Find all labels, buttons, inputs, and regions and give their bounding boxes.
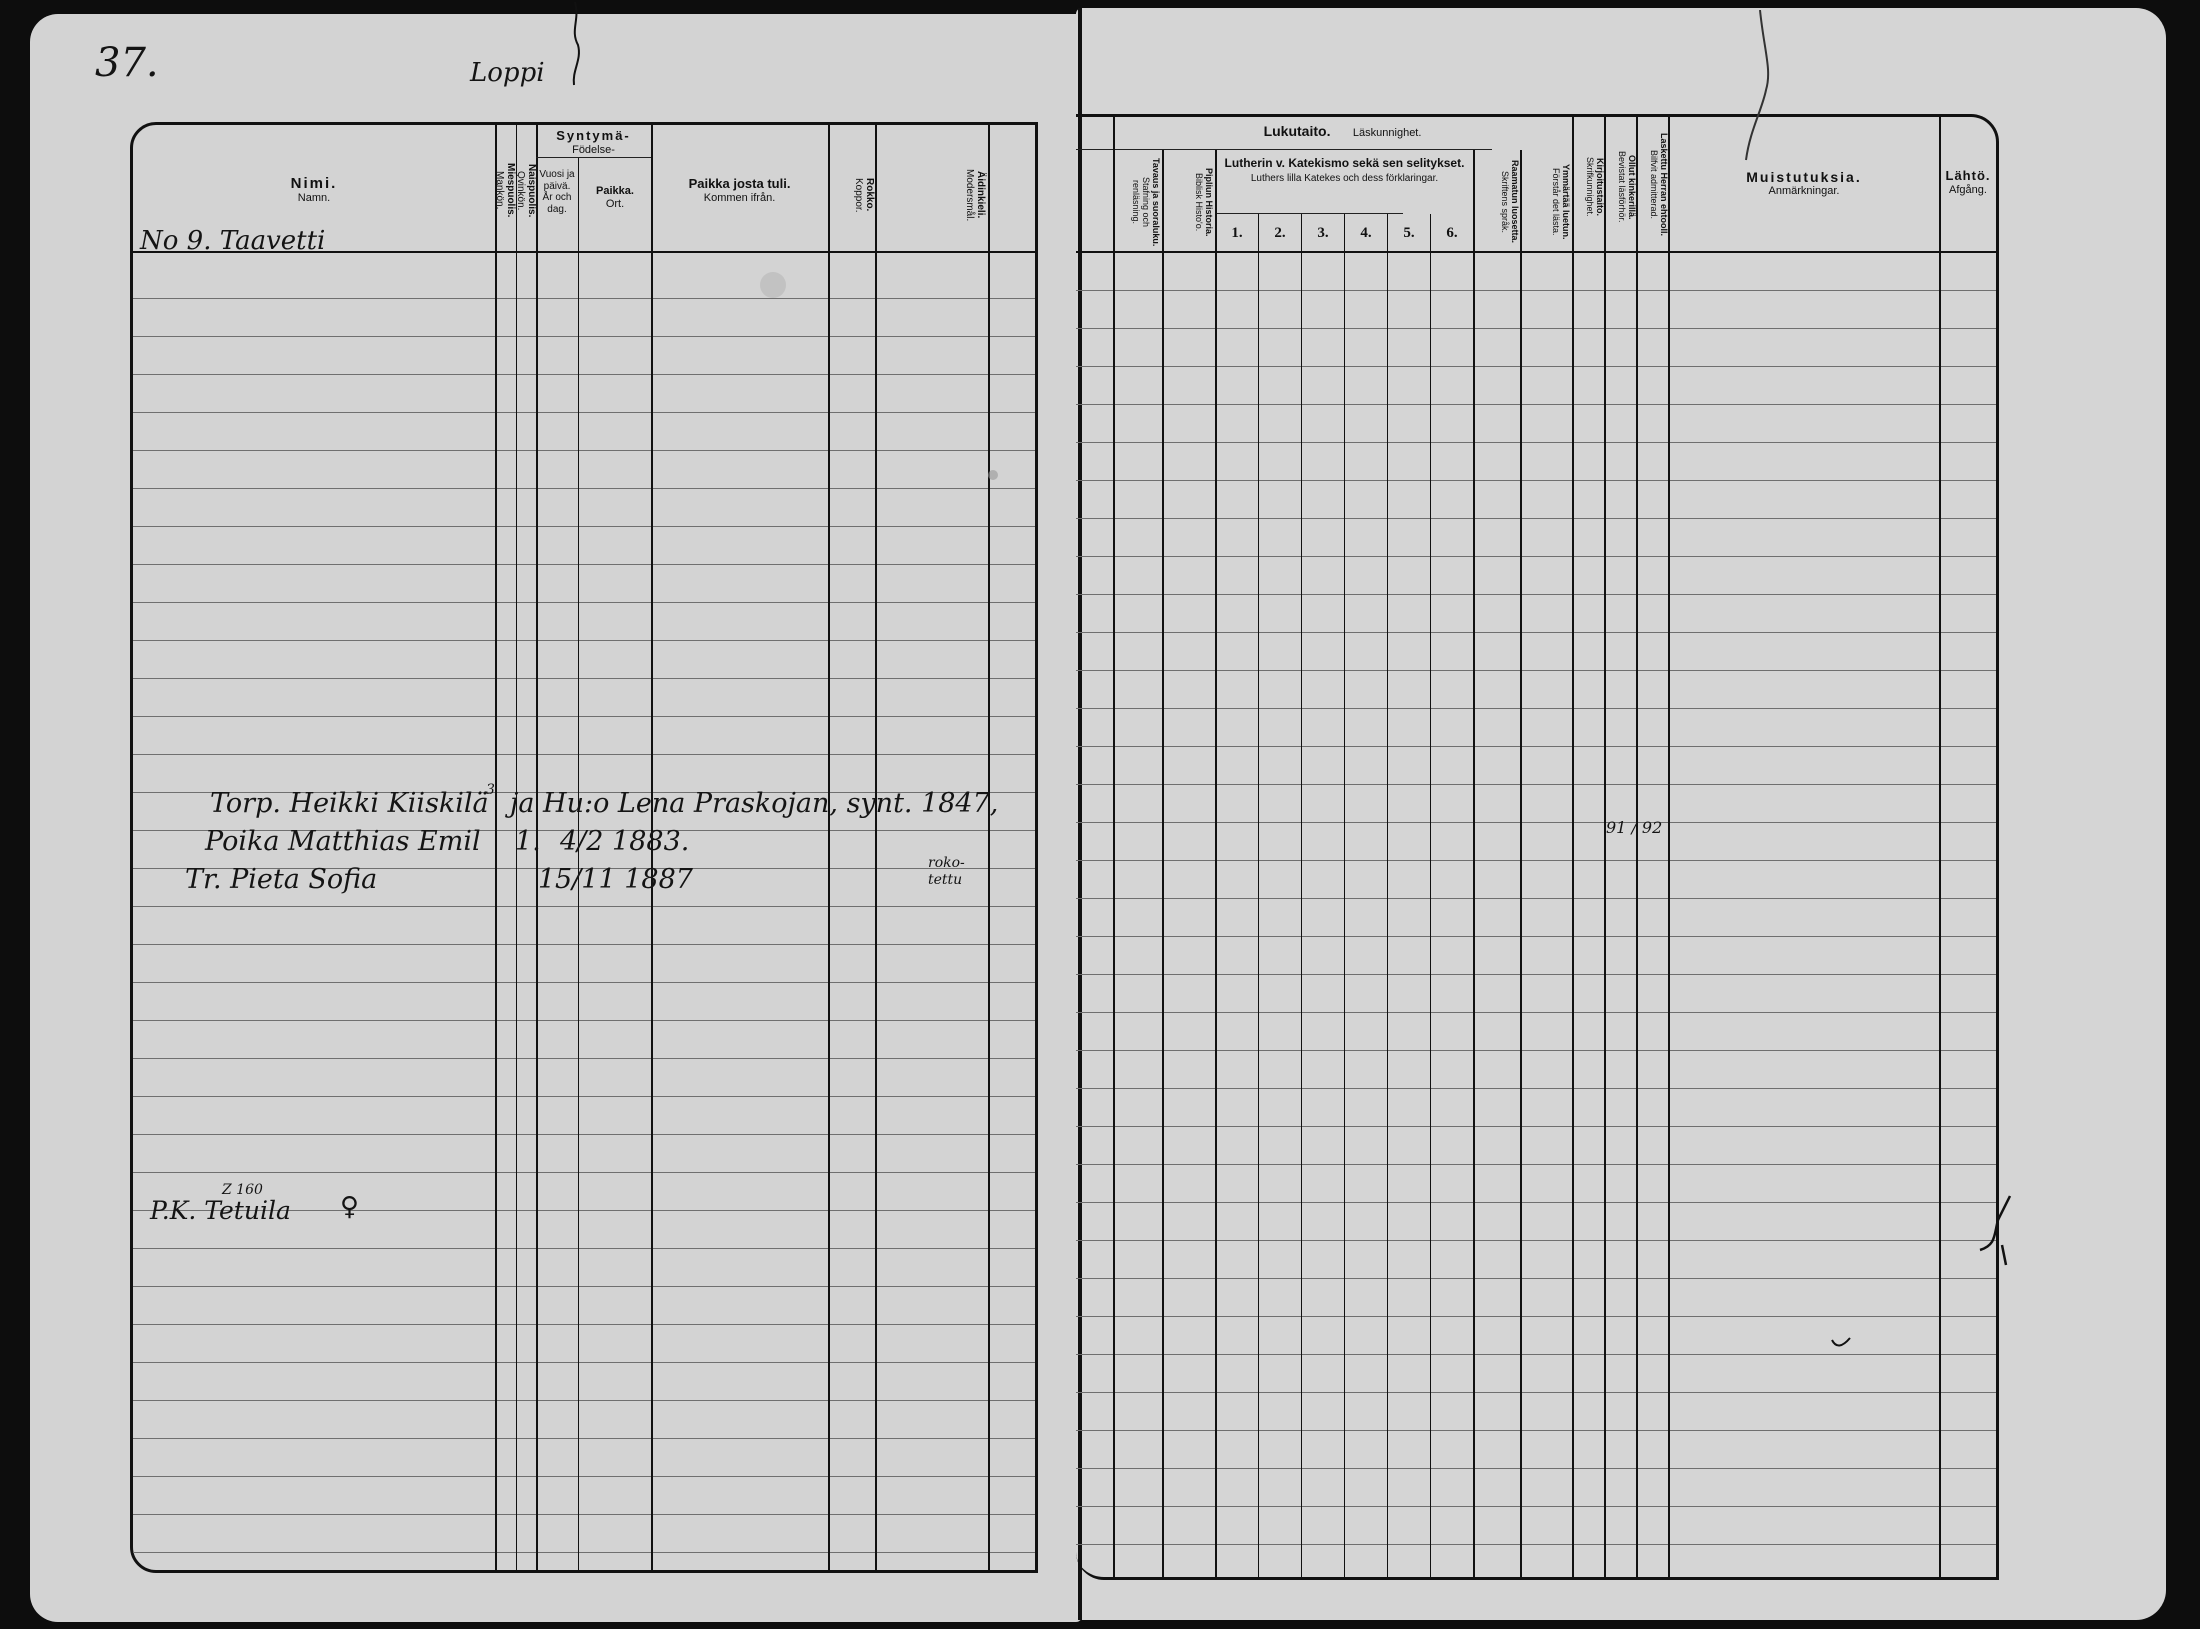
entry-birth-date: 4/2 1883.	[560, 826, 689, 857]
header-spelling: Tavaus ja suoraluku.Stafning och renläsn…	[1116, 155, 1160, 249]
col-line	[495, 125, 497, 1570]
header-scripture: Raamatun luosetta.Skriftens språk.	[1475, 155, 1519, 249]
entry-continuation: ja Hu:o Lena Praskojan, synt. 1847,	[510, 788, 998, 819]
entry-marker: 3	[486, 782, 495, 798]
header-communion: Laskettu Herran ehtooll.Bilfvit admitter…	[1638, 121, 1668, 249]
pen-stroke	[1830, 1336, 1854, 1356]
header-catechetical: Ollut kinkerillä.Bevistat läsförhör.	[1606, 125, 1636, 249]
header-birth-date: Vuosi ja päivä. År och dag.	[536, 169, 578, 215]
pen-stroke	[1740, 10, 1780, 170]
col-line	[1572, 117, 1574, 1577]
entry-male-mark: 1.	[515, 826, 541, 857]
header-mother-tongue: Äidinkieli.Modersmål.	[876, 145, 986, 245]
header-understanding: Ymmärtää luetun.Förstår det lästa.	[1522, 155, 1570, 249]
footnote-text: P.K. Tetuila	[150, 1196, 291, 1225]
header-smallpox: Rokko.Koppor.	[829, 145, 875, 245]
header-birth-group: Syntymä- Födelse-	[536, 129, 651, 157]
col-line	[1215, 150, 1217, 1577]
col-line	[1387, 214, 1388, 1577]
ruled-rows	[133, 261, 1035, 1570]
catechism-col-2: 2.	[1259, 225, 1301, 242]
col-line	[1520, 150, 1522, 1577]
catechetical-entry: 91 / 92	[1606, 818, 1662, 837]
entry-female-mark: 1	[538, 864, 555, 895]
entry-name: Torp. Heikki Kiiskilä	[210, 788, 489, 819]
catechism-col-5: 5.	[1388, 225, 1430, 242]
col-line	[1668, 117, 1670, 1577]
col-line	[1113, 117, 1115, 1577]
parish-annotation: Loppi	[470, 58, 545, 88]
col-line	[875, 125, 877, 1570]
catechism-col-1: 1.	[1216, 225, 1258, 242]
paper-spot	[760, 272, 786, 298]
header-male: Miespuolis.Mankön.	[496, 133, 516, 248]
col-line	[1301, 214, 1302, 1577]
header-came-from: Paikka josta tuli. Kommen ifrån.	[651, 177, 828, 205]
entry-smallpox: roko-tettu	[928, 855, 968, 889]
header-name: Nimi. Namn.	[133, 175, 495, 205]
col-line	[1258, 214, 1259, 1577]
catechism-col-6: 6.	[1431, 225, 1473, 242]
col-line	[1604, 117, 1606, 1577]
header-bible-history: Pipliun Historia.Biblisk Histo'o.	[1165, 155, 1213, 249]
pen-stroke	[1970, 1190, 2020, 1270]
header-departure: Lähtö. Afgång.	[1940, 169, 1996, 197]
header-writing: Kirjoitustaito.Skrifkunnighet.	[1574, 125, 1604, 249]
header-remarks: Muistutuksia. Anmärkningar.	[1669, 169, 1939, 198]
entry-name: Tr. Pieta Sofia	[185, 864, 377, 895]
header-reading-group: Lukutaito. Läskunnighet.	[1113, 123, 1572, 141]
catechism-col-4: 4.	[1345, 225, 1387, 242]
ruled-rows	[1076, 253, 1996, 1577]
header-female: Naispuolis.Qvinkön.	[517, 133, 537, 248]
col-line	[1430, 214, 1431, 1577]
col-line	[1473, 150, 1475, 1577]
birth-subdivider	[536, 157, 651, 158]
right-register-table: Lukutaito. Läskunnighet. Tavaus ja suora…	[1076, 114, 1999, 1580]
col-line	[828, 125, 830, 1570]
header-catechism-group: Lutherin v. Katekismo sekä sen selitykse…	[1216, 157, 1473, 184]
paper-spot	[988, 470, 998, 480]
household-heading: No 9. Taavetti	[140, 226, 325, 256]
entry-birth-date: 5/11 1887	[555, 864, 693, 895]
col-line	[988, 125, 990, 1570]
col-line	[1162, 150, 1164, 1577]
entry-name: Poika Matthias Emil	[205, 826, 481, 857]
footnote-mark: ♀	[340, 1192, 359, 1222]
reading-subdivider	[1076, 149, 1492, 150]
pen-stroke	[560, 0, 590, 90]
col-line	[1636, 117, 1638, 1577]
col-line	[1344, 214, 1345, 1577]
header-divider	[1076, 251, 1996, 253]
page-number: 37.	[95, 40, 159, 86]
col-line	[1939, 117, 1941, 1577]
header-birth-place: Paikka. Ort.	[579, 185, 651, 210]
catechism-col-3: 3.	[1302, 225, 1344, 242]
catechism-subdivider	[1215, 213, 1403, 214]
